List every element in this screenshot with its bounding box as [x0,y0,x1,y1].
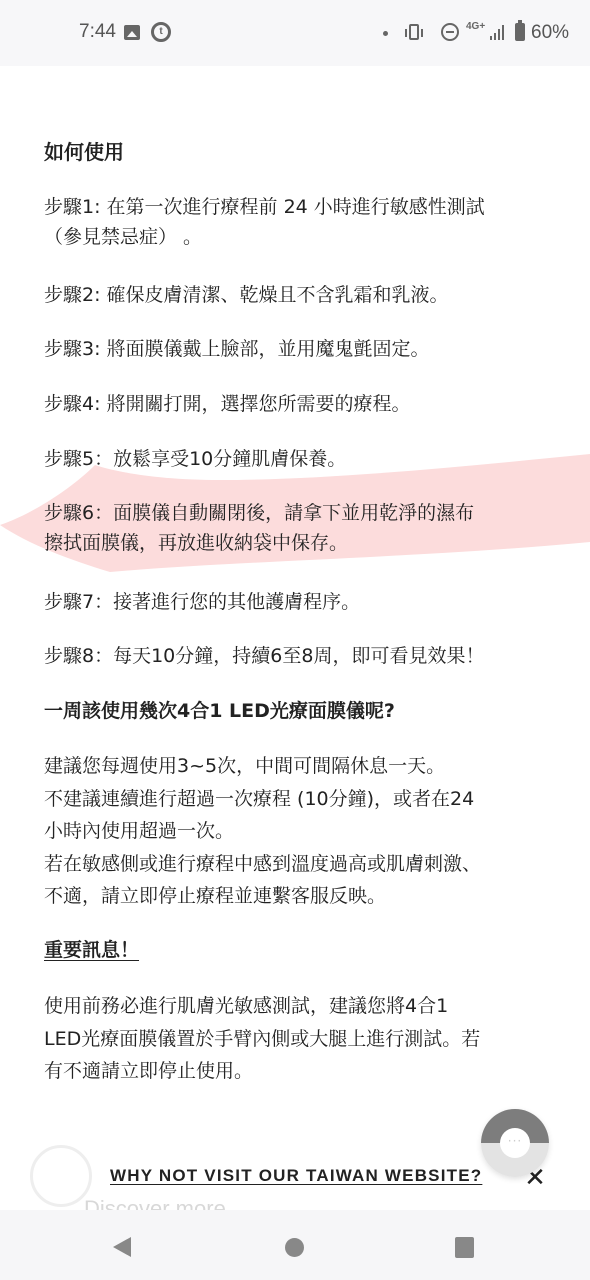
page-heading: 如何使用 [44,137,554,167]
android-nav-bar [0,1210,590,1280]
dnd-icon [441,23,459,41]
battery-percent: 60% [531,22,569,44]
status-bar: 7:44 t 4G+ 60% [0,0,590,66]
battery-icon [515,23,525,41]
vibrate-icon [409,24,419,40]
step-1: 步驟1: 在第一次進行療程前 24 小時進行敏感性測試 （參見禁忌症） 。 [44,192,554,252]
step-5: 步驟5：放鬆享受10分鐘肌膚保養。 [44,444,554,474]
dot-icon [383,31,388,36]
faq-heading: 一周該使用幾次4合1 LED光療面膜儀呢? [44,696,554,726]
important-heading: 重要訊息！ [44,935,554,965]
step-3: 步驟3: 將面膜儀戴上臉部，並用魔鬼氈固定。 [44,334,554,364]
step-6: 步驟6：面膜儀自動關閉後，請拿下並用乾淨的濕布 擦拭面膜儀，再放進收納袋中保存。 [44,498,554,558]
signal-icon [489,24,505,40]
taiwan-website-link[interactable]: WHY NOT VISIT OUR TAIWAN WEBSITE? [110,1166,482,1186]
step-2: 步驟2: 確保皮膚清潔、乾燥且不含乳霜和乳液。 [44,280,554,310]
step-4: 步驟4: 將開關打開，選擇您所需要的療程。 [44,389,554,419]
t-app-icon: t [151,22,171,42]
step-7: 步驟7：接著進行您的其他護膚程序。 [44,587,554,617]
faq-body: 建議您每週使用3~5次，中間可間隔休息一天。 不建議連續進行超過一次療程 (10… [44,750,554,913]
image-icon [124,25,140,40]
4g-plus-icon: 4G+ [466,22,485,31]
home-icon[interactable] [285,1238,304,1257]
back-icon[interactable] [113,1237,131,1257]
step-8: 步驟8：每天10分鐘，持續6至8周，即可看見效果！ [44,641,554,671]
recents-icon[interactable] [455,1237,474,1258]
chat-bubble-icon: ··· [500,1128,530,1158]
status-time: 7:44 [79,21,116,43]
chat-button[interactable]: ··· [481,1109,549,1177]
important-body: 使用前務必進行肌膚光敏感測試，建議您將4合1 LED光療面膜儀置於手臂內側或大腿… [44,990,554,1088]
faded-circle-button[interactable] [30,1145,92,1207]
